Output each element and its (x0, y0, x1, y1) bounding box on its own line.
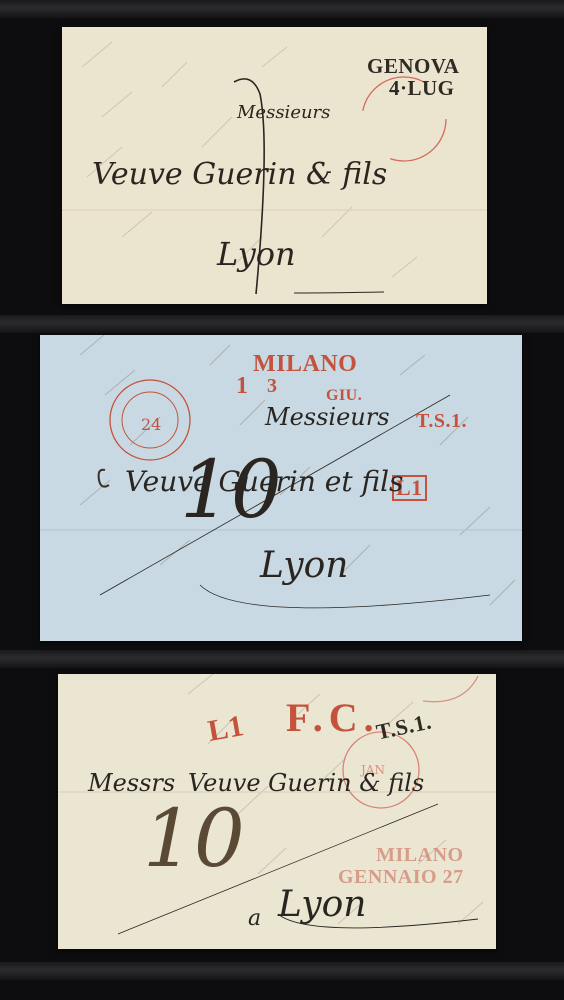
rate-marking: 10 (143, 799, 245, 879)
postmark-genova: GENOVA 4·LUG (367, 55, 459, 99)
postmark-fc: F.C. (286, 694, 380, 741)
album-strip-top (0, 0, 564, 18)
postmark-ts1: T.S.1. (416, 410, 467, 433)
address-salutation: Messieurs (237, 102, 330, 123)
address-name: Veuve Guerin & fils (92, 157, 387, 192)
postal-cover-milano-gennaio: JAN L1 F.C. T.S.1. MILANO GENNAIO 27 10 … (58, 674, 496, 949)
address-city: Lyon (260, 545, 348, 586)
postmark-milano-gennaio: MILANO GENNAIO 27 (338, 844, 464, 888)
album-strip-2 (0, 650, 564, 668)
postal-cover-milano-blue: 24 1 MILANO 3 GIU. T.S.1. L1 10 Messieur… (40, 335, 522, 641)
address-city: Lyon (217, 235, 296, 273)
postmark-l1: L1 (205, 709, 246, 749)
album-strip-bottom (0, 962, 564, 980)
postal-cover-genova: GENOVA 4·LUG Messieurs Veuve Guerin & fi… (62, 27, 487, 304)
album-strip-1 (0, 315, 564, 333)
address-name: Veuve Guerin & fils (188, 769, 424, 797)
address-salutation: Messieurs (265, 403, 390, 431)
address-name: Veuve Guerin et fils (125, 465, 404, 498)
address-city: Lyon (278, 884, 366, 925)
postmark-milano: 1 MILANO 3 GIU. (240, 352, 357, 376)
address-salutation: Messrs (88, 769, 175, 797)
address-prefix: a (248, 906, 261, 931)
background-handwriting: JAN (58, 674, 496, 949)
postmark-date: 24 (141, 415, 161, 434)
